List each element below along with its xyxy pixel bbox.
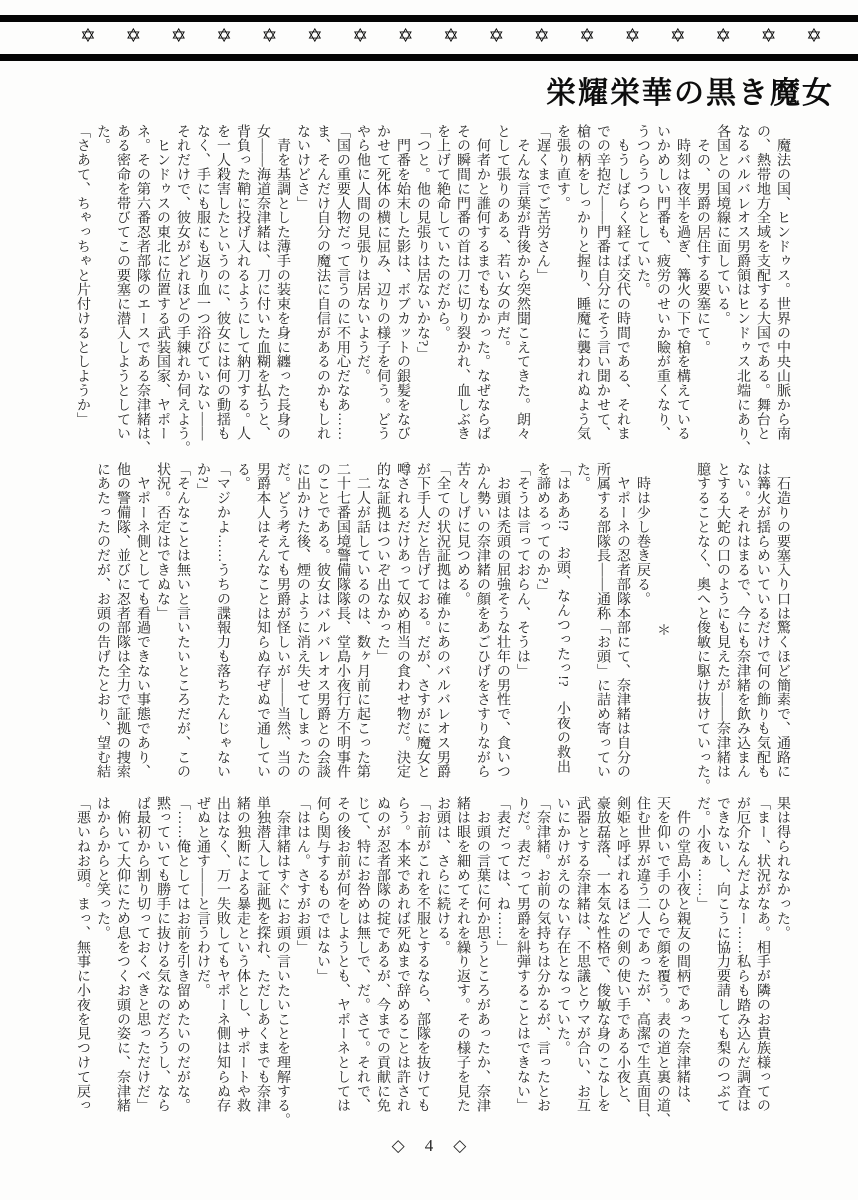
text-column: 剣姫と呼ばれるほどの剣の使い手である小夜と、 [612,796,632,1134]
text-column: 件の堂島小夜と親友の間柄であった奈津緒は、 [672,796,692,1134]
text-column: ある密命を帯びてこの要塞に潜入しようとしてい [112,124,132,464]
text-column: 住む世界が違う二人であったが、高潔で生真面目、 [632,796,652,1134]
text-column: 男爵本人はそんなことは知らぬ存ぜぬで通してい [252,462,272,798]
text-column: ば最初から割り切っておくべきと思っただけだ」 [132,796,152,1134]
text-column: 背負った鞘に投げ入れるようにして納刀する。人 [232,124,252,464]
text-column: 出はなく、万一失敗してもヤポーネ側は知らぬ存 [212,796,232,1134]
text-column: ない。それはまるで、今にも奈津緒を飲み込まん [732,462,752,798]
text-column: お頭は禿頭の屈強そうな壮年の男性で、食いつ [492,462,512,798]
text-column: を一人殺害したというのに、彼女には何の動揺も [212,124,232,464]
text-column: 「国の重要人物だって言うのに不用心だなあ…… [332,124,352,464]
text-column: 単独潜入して証拠を探れ、ただしあくまでも奈津 [252,796,272,1134]
text-column: 「マジかよ……うちの諜報力も落ちたんじゃない [212,462,232,798]
text-column: を上げて絶命していたのだから。 [432,124,452,464]
text-column: る。 [232,462,252,798]
text-column: 天を仰いで手のひらで顔を覆う。表の道と裏の道、 [652,796,672,1134]
text-column: 「表だっては、ね……」 [492,796,512,1134]
text-column: のことである。彼女はバルバレオス男爵との会談 [312,462,332,798]
text-column: 二人が話しているのは、数ヶ月前に起こった第 [352,462,372,798]
novel-page: ✡✡✡✡✡✡✡✡✡✡✡✡✡✡✡✡✡ 栄耀栄華の黒き魔女 魔法の国、ヒンドゥス。世… [0,0,858,1200]
text-column: にあたったのだが、お頭の告げたとおり、望む結 [92,462,112,798]
text-column: 「まー、状況がなあ。相手が隣のお貴族様っての [752,796,772,1134]
text-column: 「はああ!? お頭、なんつったっ!? 小夜の救出 [552,462,572,798]
text-column: 的な証拠はついぞ出なかった」 [372,462,392,798]
text-column: 「お前がこれを不服とするなら、部隊を抜けても [412,796,432,1134]
star-of-david-icon: ✡ [806,25,822,47]
star-of-david-icon: ✡ [715,25,731,47]
star-of-david-icon: ✡ [443,25,459,47]
star-of-david-icon: ✡ [670,25,686,47]
text-column: やら他に人間の見張りは居ないようだ。 [352,124,372,464]
text-column: 噂されるだけあって奴め相当の食わせ物だ。決定 [392,462,412,798]
star-of-david-icon: ✡ [125,25,141,47]
header-star-row: ✡✡✡✡✡✡✡✡✡✡✡✡✡✡✡✡✡ [80,21,822,51]
text-column: 時は少し巻き戻る。 [632,462,652,798]
text-column: 女――海道奈津緒は、刀に付いた血糊を払うと、 [252,124,272,464]
text-column: いかめしい門番も、疲労のせいか瞼が重くなり、 [652,124,672,464]
text-column: ヤポーネの忍者部隊本部にて、奈津緒は自分の [612,462,632,798]
text-column: うつらうつらとしていた。 [632,124,652,464]
text-column: 「つと。他の見張りは居ないかな?」 [412,124,432,464]
star-of-david-icon: ✡ [307,25,323,47]
text-column: ネ。その第六番忍者部隊のエースである奈津緒は、 [132,124,152,464]
text-column: ヒンドゥスの東北に位置する武装国家、ヤポー [152,124,172,464]
text-column: 何者かと誰何するまでもなかった。なぜならば [472,124,492,464]
text-column: 各国との国境線に面している。 [712,124,732,464]
text-column: 状況。否定はできぬな」 [152,462,172,798]
page-number: 4 [425,1136,434,1155]
text-column: 石造りの要塞入り口は驚くほど簡素で、通路に [772,462,792,798]
text-column: お頭の言葉に何か思うところがあったか、奈津 [472,796,492,1134]
text-column: なるバルバレオス男爵領はヒンドゥス北端にあり、 [732,124,752,464]
text-column: 奈津緒はすぐにお頭の言いたいことを理解する。 [272,796,292,1134]
star-of-david-icon: ✡ [216,25,232,47]
text-column: はからからと笑った。 [92,796,112,1134]
text-column: 果は得られなかった。 [772,796,792,1134]
text-column: もうしばらく経てば交代の時間である、それま [612,124,632,464]
text-column: た。 [92,124,112,464]
text-column: かせて死体の横に屈み、辺りの様子を伺う。どう [372,124,392,464]
text-column: ないけどさ」 [292,124,312,464]
text-band-2: 石造りの要塞入り口は驚くほど簡素で、通路には篝火が揺らめいているだけで何の飾りも… [92,462,792,798]
text-column: の、熱帯地方全域を支配する大国である。舞台と [752,124,772,464]
text-column: 門番を始末した影は、ボブカットの銀髪をなび [392,124,412,464]
text-column: その、男爵の居住する要塞にて。 [692,124,712,464]
text-column: 「さあて、ちゃっちゃと片付けるとしようか」 [72,124,92,464]
star-of-david-icon: ✡ [534,25,550,47]
text-column: それだけで、彼女がどれほどの手練れか伺えよう。 [172,124,192,464]
text-column: だ。どう考えても男爵が怪しいが――当然、当の [272,462,292,798]
text-column: 「そうは言っておらん、そうは」 [512,462,532,798]
text-column: 苦々しげに見つめる。 [452,462,472,798]
text-column: に出かけた後、煙のように消え失せてしまったの [292,462,312,798]
text-column: じて、特にお咎めは無しで、だ。さて。それで、 [352,796,372,1134]
text-column: その後お前が何をしようとも、ヤポーネとしては [332,796,352,1134]
text-band-3: 果は得られなかった。「まー、状況がなあ。相手が隣のお貴族様ってのが厄介なんだよな… [72,796,792,1134]
text-column: お頭は、さらに続ける。 [432,796,452,1134]
text-column: だ。小夜ぁ……」 [692,796,712,1134]
text-column: ヤポーネ側としても看過できない事態であり、 [132,462,152,798]
text-column: りだ。表だって男爵を糾弾することはできない」 [512,796,532,1134]
text-column: 「奈津緒。お前の気持ちは分かるが、言ったとお [532,796,552,1134]
text-column [672,462,692,798]
text-column: 時刻は夜半を過ぎ、篝火の下で槍を構えている [672,124,692,464]
text-column: 臆することなく、奥へと俊敏に駆け抜けていった。 [692,462,712,798]
page-title: 栄耀栄華の黒き魔女 [546,68,834,112]
text-column: が下手人だと告げておる。だが、さすがに魔女と [412,462,432,798]
text-column: かん勢いの奈津緒の顔をあごひげをさすりながら [472,462,492,798]
star-of-david-icon: ✡ [80,25,96,47]
text-column: そんな言葉が背後から突然聞こえてきた。朗々 [512,124,532,464]
text-column: 所属する部隊長――通称「お頭」に詰め寄ってい [592,462,612,798]
text-column: た。 [572,462,592,798]
text-column: 何ら関与するものではない」 [312,796,332,1134]
text-column: か?」 [192,462,212,798]
text-column: 魔法の国、ヒンドゥス。世界の中央山脈から南 [772,124,792,464]
text-column: ぜぬと通す――と言うわけだ。 [192,796,212,1134]
star-of-david-icon: ✡ [171,25,187,47]
footer-diamond-right-icon: ◇ [453,1136,466,1155]
text-column: とする大蛇の口のようにも見えたが――奈津緒は [712,462,732,798]
scene-break-asterisk: ＊ [652,462,672,798]
text-column: 俯いて大仰にため息をつくお頭の姿に、奈津緒 [112,796,132,1134]
text-column: を張り直す。 [552,124,572,464]
text-column: 「そんなことは無いと言いたいところだが、この [172,462,192,798]
star-of-david-icon: ✡ [579,25,595,47]
text-column: 二十七番国境警備隊隊長、堂島小夜行方不明事件 [332,462,352,798]
text-column: ま、そんだけ自分の魔法に自信があるのかもしれ [312,124,332,464]
text-column: 緒の独断による暴走という体とし、サポートや救 [232,796,252,1134]
star-of-david-icon: ✡ [352,25,368,47]
text-column: できないし、向こうに協力要請しても梨のつぶて [712,796,732,1134]
text-column: 緒は眼を細めてそれを繰り返す。その様子を見た [452,796,472,1134]
text-column: 「全ての状況証拠は確かにあのバルバレオス男爵 [432,462,452,798]
text-column: 武器とする奈津緒は、不思議とウマが合い、お互 [572,796,592,1134]
text-column: が厄介なんだよなー……私らも踏み込んだ調査は [732,796,752,1134]
text-column: 「ははん。さすがお頭」 [292,796,312,1134]
text-column: は篝火が揺らめいているだけで何の飾りも気配も [752,462,772,798]
text-column: 「遅くまでご苦労さん」 [532,124,552,464]
header-rule-bottom [0,54,858,61]
footer-diamond-left-icon: ◇ [392,1136,405,1155]
text-column: なく、手にも服にも返り血一つ浴びていない―― [192,124,212,464]
text-column: 黙っていても勝手に抜ける気なのだろうし、なら [152,796,172,1134]
text-column: その瞬間に門番の首は刀に切り裂かれ、血しぶき [452,124,472,464]
text-column: 青を基調とした薄手の装束を身に纏った長身の [272,124,292,464]
text-column: での辛抱だ――門番は自分にそう言い聞かせて、 [592,124,612,464]
text-band-1: 魔法の国、ヒンドゥス。世界の中央山脈から南の、熱帯地方全域を支配する大国である。… [72,124,792,464]
text-column: 豪放磊落、一本気な性格で、俊敏な身のこなしを [592,796,612,1134]
star-of-david-icon: ✡ [761,25,777,47]
page-footer: ◇4◇ [0,1136,858,1156]
text-column: を諦めるってのか?」 [532,462,552,798]
text-column: 「……俺としてはお前を引き留めたいのだがな。 [172,796,192,1134]
text-column: 他の警備隊、並びに忍者部隊は全力で証拠の捜索 [112,462,132,798]
text-column: として張りのある、若い女の声だ。 [492,124,512,464]
star-of-david-icon: ✡ [262,25,278,47]
star-of-david-icon: ✡ [625,25,641,47]
text-column: いにかけがえのない存在となっていた。 [552,796,572,1134]
text-column: 「悪いねお頭。まっ、無事に小夜を見つけて戻っ [72,796,92,1134]
star-of-david-icon: ✡ [398,25,414,47]
text-column: ぬのが忍者部隊の掟であるが、今までの貢献に免 [372,796,392,1134]
star-of-david-icon: ✡ [488,25,504,47]
text-column: 槍の柄をしっかりと握り、睡魔に襲われぬよう気 [572,124,592,464]
text-column: らう。本来であれば死ぬまで辞めることは許され [392,796,412,1134]
